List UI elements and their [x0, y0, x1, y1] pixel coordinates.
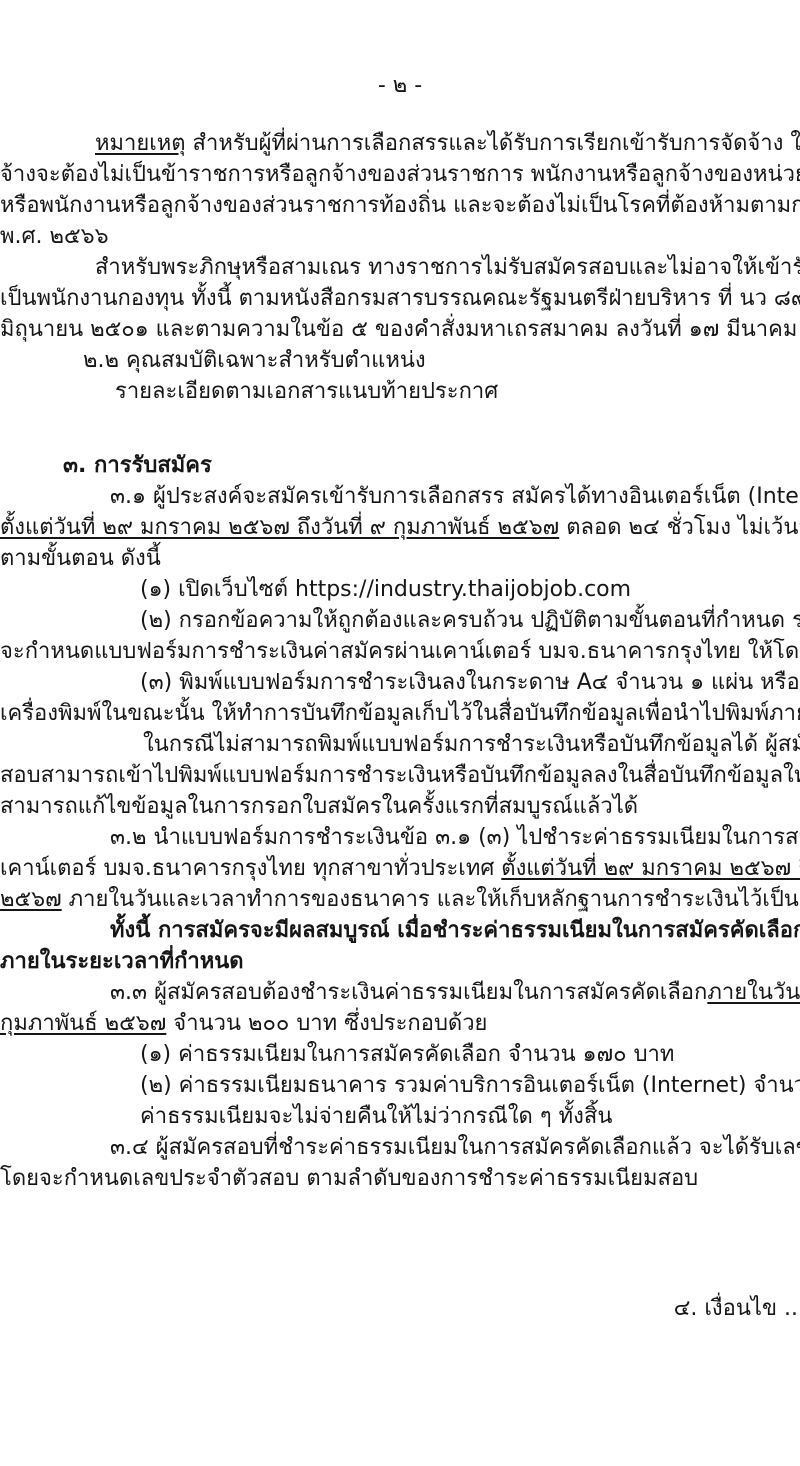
text-line: หมายเหตุ สำหรับผู้ที่ผ่านการเลือกสรรและไ…	[0, 128, 800, 159]
spacer	[0, 101, 800, 128]
note-paragraph: หมายเหตุ สำหรับผู้ที่ผ่านการเลือกสรรและไ…	[0, 128, 800, 252]
step-1: (๑) เปิดเว็บไซต์ https://industry.thaijo…	[0, 574, 800, 605]
step-2: (๒) กรอกข้อความให้ถูกต้องและครบถ้วน ปฏิบ…	[0, 605, 800, 667]
text-line: สำหรับพระภิกษุหรือสามเณร ทางราชการไม่รับ…	[0, 252, 800, 283]
text-line: (๓) พิมพ์แบบฟอร์มการชำระเงินลงในกระดาษ A…	[0, 667, 800, 698]
document-page: - ๒ - หมายเหตุ สำหรับผู้ที่ผ่านการเลือกส…	[0, 0, 800, 1466]
text-line: ตั้งแต่วันที่ ๒๙ มกราคม ๒๕๖๗ ถึงวันที่ ๙…	[0, 512, 800, 543]
note-label: หมายเหตุ	[95, 131, 186, 156]
text-line: โดยจะกำหนดเลขประจำตัวสอบ ตามลำดับของการช…	[0, 1163, 800, 1194]
text-line: มิถุนายน ๒๕๐๑ และตามความในข้อ ๕ ของคำสั่…	[0, 314, 800, 345]
text-line: สามารถแก้ไขข้อมูลในการกรอกใบสมัครในครั้ง…	[0, 791, 800, 822]
reprint-note-paragraph: ในกรณีไม่สามารถพิมพ์แบบฟอร์มการชำระเงินห…	[0, 729, 800, 822]
text-line: ตามขั้นตอน ดังนี้	[0, 543, 800, 574]
page-number: - ๒ -	[0, 70, 800, 101]
text-segment: ภายในวันและเวลาทำการของธนาคาร และให้เก็บ…	[62, 887, 800, 912]
text-line: ๓.๔ ผู้สมัครสอบที่ชำระค่าธรรมเนียมในการส…	[0, 1132, 800, 1163]
text-line: ๓.๒ นำแบบฟอร์มการชำระเงินข้อ ๓.๑ (๓) ไปช…	[0, 822, 800, 853]
application-period: ตั้งแต่วันที่ ๒๙ มกราคม ๒๕๖๗ ถึงวันที่ ๙…	[0, 515, 559, 540]
clause-2-2-title: ๒.๒ คุณสมบัติเฉพาะสำหรับตำแหน่ง	[0, 345, 800, 376]
clause-3-3: ๓.๓ ผู้สมัครสอบต้องชำระเงินค่าธรรมเนียมใ…	[0, 977, 800, 1132]
fee-deadline: ภายในวันที่ ๑๐	[707, 980, 800, 1005]
spacer	[0, 407, 800, 450]
document-content: - ๒ - หมายเหตุ สำหรับผู้ที่ผ่านการเลือกส…	[0, 70, 800, 1194]
step-3: (๓) พิมพ์แบบฟอร์มการชำระเงินลงในกระดาษ A…	[0, 667, 800, 729]
text-line: ภายในระยะเวลาที่กำหนด	[0, 946, 800, 977]
text-segment: เคาน์เตอร์ บมจ.ธนาคารกรุงไทย ทุกสาขาทั่ว…	[0, 856, 501, 881]
section-3-heading: ๓. การรับสมัคร	[0, 450, 800, 481]
text-line: ๒๕๖๗ ภายในวันและเวลาทำการของธนาคาร และให…	[0, 884, 800, 915]
fee-item-1: (๑) ค่าธรรมเนียมในการสมัครคัดเลือก จำนวน…	[0, 1039, 800, 1070]
clause-3-1: ๓.๑ ผู้ประสงค์จะสมัครเข้ารับการเลือกสรร …	[0, 481, 800, 574]
text-line: ทั้งนี้ การสมัครจะมีผลสมบูรณ์ เมื่อชำระค…	[0, 915, 800, 946]
text-line: หรือพนักงานหรือลูกจ้างของส่วนราชการท้องถ…	[0, 190, 800, 221]
text-line: จ้างจะต้องไม่เป็นข้าราชการหรือลูกจ้างของ…	[0, 159, 800, 190]
fee-deadline-month: กุมภาพันธ์ ๒๕๖๗	[0, 1011, 166, 1036]
text-line: ๓.๑ ผู้ประสงค์จะสมัครเข้ารับการเลือกสรร …	[0, 481, 800, 512]
clause-3-2: ๓.๒ นำแบบฟอร์มการชำระเงินข้อ ๓.๑ (๓) ไปช…	[0, 822, 800, 915]
text-line: ในกรณีไม่สามารถพิมพ์แบบฟอร์มการชำระเงินห…	[0, 729, 800, 760]
text-segment: จำนวน ๒๐๐ บาท ซึ่งประกอบด้วย	[166, 1011, 487, 1036]
text-line: เครื่องพิมพ์ในขณะนั้น ให้ทำการบันทึกข้อม…	[0, 698, 800, 729]
text-line: (๑) เปิดเว็บไซต์ https://industry.thaijo…	[0, 574, 800, 605]
clause-3-4: ๓.๔ ผู้สมัครสอบที่ชำระค่าธรรมเนียมในการส…	[0, 1132, 800, 1194]
text-line: กุมภาพันธ์ ๒๕๖๗ จำนวน ๒๐๐ บาท ซึ่งประกอบ…	[0, 1008, 800, 1039]
completion-note-paragraph: ทั้งนี้ การสมัครจะมีผลสมบูรณ์ เมื่อชำระค…	[0, 915, 800, 977]
text-line: ๓.๓ ผู้สมัครสอบต้องชำระเงินค่าธรรมเนียมใ…	[0, 977, 800, 1008]
monk-restriction-paragraph: สำหรับพระภิกษุหรือสามเณร ทางราชการไม่รับ…	[0, 252, 800, 345]
payment-period-year: ๒๕๖๗	[0, 887, 62, 912]
website-url: (๑) เปิดเว็บไซต์ https://industry.thaijo…	[140, 577, 631, 602]
continuation-marker: ๔. เงื่อนไข ..	[674, 1293, 798, 1324]
text-line: พ.ศ. ๒๕๖๖	[0, 221, 800, 252]
text-line: เคาน์เตอร์ บมจ.ธนาคารกรุงไทย ทุกสาขาทั่ว…	[0, 853, 800, 884]
text-segment: ตลอด ๒๔ ชั่วโมง ไม่เว้นวันหยุดราชการ	[559, 515, 800, 540]
payment-period: ตั้งแต่วันที่ ๒๙ มกราคม ๒๕๖๗ ถึงวันที่ ๑…	[501, 856, 800, 881]
text-segment: สำหรับผู้ที่ผ่านการเลือกสรรและได้รับการเ…	[186, 131, 800, 156]
text-line: เป็นพนักงานกองทุน ทั้งนี้ ตามหนังสือกรมส…	[0, 283, 800, 314]
text-line: จะกำหนดแบบฟอร์มการชำระเงินค่าสมัครผ่านเค…	[0, 636, 800, 667]
clause-2-2: ๒.๒ คุณสมบัติเฉพาะสำหรับตำแหน่ง รายละเอี…	[0, 345, 800, 407]
text-segment: ๓.๓ ผู้สมัครสอบต้องชำระเงินค่าธรรมเนียมใ…	[110, 980, 707, 1005]
clause-2-2-detail: รายละเอียดตามเอกสารแนบท้ายประกาศ	[0, 376, 800, 407]
text-line: สอบสามารถเข้าไปพิมพ์แบบฟอร์มการชำระเงินห…	[0, 760, 800, 791]
text-line: (๒) กรอกข้อความให้ถูกต้องและครบถ้วน ปฏิบ…	[0, 605, 800, 636]
fee-item-2: (๒) ค่าธรรมเนียมธนาคาร รวมค่าบริการอินเต…	[0, 1070, 800, 1101]
fee-no-refund-note: ค่าธรรมเนียมจะไม่จ่ายคืนให้ไม่ว่ากรณีใด …	[0, 1101, 800, 1132]
